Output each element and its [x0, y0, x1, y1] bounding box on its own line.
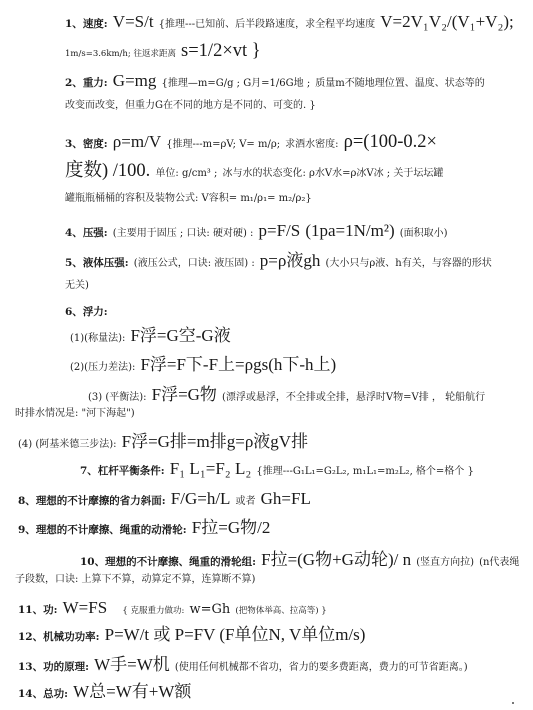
formula: F浮=G排=m排g=ρ液gV排	[122, 432, 308, 451]
item-7-line1: 7、杠杆平衡条件: F₁ L₁=F₂ L₂ {推理---G₁L₁=G₂L₂, m…	[80, 460, 474, 477]
item-title: 速度:	[83, 18, 108, 30]
item-5-line1: 5、液体压强: (液压公式，口诀: 液压固) : p=ρ液gh (大小只与ρ液、…	[65, 252, 492, 269]
formula: F拉=(G物+G动轮)/ n	[261, 550, 411, 569]
note: 质量m不随地理位置、温度、状态等的	[315, 78, 484, 89]
formula: s=1/2×vt }	[181, 41, 261, 61]
note: 求酒水密度:	[285, 139, 338, 150]
note: (n代表绳	[479, 557, 519, 568]
item-number: 8、	[18, 495, 36, 507]
item-number: 1、	[65, 18, 83, 30]
item-5-line2: 无关)	[65, 281, 89, 291]
item-number: 7、	[80, 465, 98, 477]
formula: Gh=FL	[261, 489, 311, 508]
item-title: 功:	[43, 604, 57, 616]
item-12-line1: 12、机械功功率: P=W/t 或 P=FV (F单位N, V单位m/s)	[18, 626, 365, 643]
item-title: 液体压强:	[83, 257, 129, 269]
note: {推理---G₁L₁=G₂L₂, m₁L₁=m₂L₂, 格个=格个 }	[256, 466, 473, 477]
item-title: 总功:	[43, 688, 68, 700]
item-number: 10、	[80, 556, 105, 568]
item-number: 3、	[65, 138, 83, 150]
formula: F浮=F下-F上=ρgs(h下-h上)	[140, 355, 336, 374]
item-title: 密度:	[83, 138, 108, 150]
item-number: 13、	[18, 661, 43, 673]
note: (把物体举高、拉高等) }	[235, 606, 326, 616]
formula: W手=W机	[94, 655, 170, 674]
formula: w=Gh	[190, 602, 231, 617]
note: 1m/s=3.6km/h; 往返求距离	[65, 49, 176, 59]
formula: ρ=(100-0.2×	[344, 132, 437, 152]
note: (面积取小)	[400, 228, 448, 239]
item-title: 重力:	[83, 77, 108, 89]
item-title: 浮力:	[83, 306, 108, 318]
item-title: 理想的不计摩擦的省力斜面:	[36, 495, 166, 507]
item-title: 机械功功率:	[43, 631, 99, 643]
item-14-line1: 14、总功: W总=W有+W额	[18, 683, 191, 700]
item-number: 6、	[65, 306, 83, 318]
item-title: 杠杆平衡条件:	[98, 465, 165, 477]
buoyancy-method-3-line2: 时排水情况是: "河下海起")	[15, 409, 135, 419]
formula: G=mg	[113, 71, 157, 90]
item-number: 4、	[65, 227, 83, 239]
item-2-line2: 改变而改变，但重力G在不同的地方是不同的、可变的. }	[65, 101, 316, 111]
formula: V=S/t	[113, 12, 154, 31]
item-1-line1: 1、速度: V=S/t {推理---已知前、后半段路速度，求全程平均速度 V=2…	[65, 13, 514, 30]
formula: F浮=G空-G液	[130, 326, 230, 345]
formula: p=F/S	[259, 221, 301, 240]
buoyancy-method-4: (4) (阿基米德三步法): F浮=G排=m排g=ρ液gV排	[18, 433, 308, 450]
formula: F₁ L₁=F₂ L₂	[170, 459, 251, 478]
item-6-heading: 6、浮力:	[65, 302, 108, 318]
method-label: (3) (平衡法):	[88, 392, 147, 403]
item-number: 12、	[18, 631, 43, 643]
item-number: 9、	[18, 524, 36, 536]
item-2-line1: 2、重力: G=mg {推理—m=G/g ; G月=1/6G地 ; 质量m不随地…	[65, 72, 485, 89]
item-title: 理想的不计摩擦、绳重的滑轮组:	[105, 556, 256, 568]
item-number: 14、	[18, 688, 43, 700]
item-11-line1: 11、功: W=FS { 克服重力做功: w=Gh (把物体举高、拉高等) }	[18, 599, 327, 616]
note: { 克服重力做功:	[122, 606, 184, 616]
note: (竖直方向拉)	[416, 557, 474, 568]
formula: 度数) /100.	[65, 161, 150, 181]
note: (大小只与ρ液、h有关，与容器的形状	[325, 258, 491, 269]
item-9-line1: 9、理想的不计摩擦、绳重的动滑轮: F拉=G物/2	[18, 519, 270, 536]
item-title: 压强:	[83, 227, 108, 239]
formula: P=W/t 或 P=FV (F单位N, V单位m/s)	[105, 625, 366, 644]
item-number: 5、	[65, 257, 83, 269]
item-title: 功的原理:	[43, 661, 89, 673]
note: (漂浮或悬浮，不全排或全排，悬浮时V物=V排 ， 轮船航行	[222, 392, 485, 403]
formula: F拉=G物/2	[192, 518, 271, 537]
buoyancy-method-1: (1)(称量法): F浮=G空-G液	[70, 327, 231, 344]
formula: F浮=G物	[152, 385, 217, 404]
item-title: 理想的不计摩擦、绳重的动滑轮:	[36, 524, 187, 536]
item-3-line2: 度数) /100. 单位: g/cm³ ; 冰与水的状态变化: ρ水V水=ρ冰V…	[65, 162, 443, 181]
item-3-line3: 罐瓶瓶桶桶的容积及装物公式: V容积= m₁/ρ₁= m₂/ρ₂}	[65, 194, 312, 204]
item-13-line1: 13、功的原理: W手=W机 (使用任何机械都不省功，省力的要多费距离，费力的可…	[18, 656, 468, 673]
item-8-line1: 8、理想的不计摩擦的省力斜面: F/G=h/L 或者 Gh=FL	[18, 490, 311, 507]
item-10-line1: 10、理想的不计摩擦、绳重的滑轮组: F拉=(G物+G动轮)/ n (竖直方向拉…	[80, 551, 519, 568]
method-label: (1)(称量法):	[70, 333, 125, 344]
buoyancy-method-3: (3) (平衡法): F浮=G物 (漂浮或悬浮，不全排或全排，悬浮时V物=V排 …	[88, 386, 485, 403]
note: (液压公式，口诀: 液压固) :	[134, 258, 255, 269]
method-label: (2)(压力差法):	[70, 362, 135, 373]
item-4-line1: 4、压强: (主要用于固压 ; 口诀: 硬对硬) : p=F/S (1pa=1N…	[65, 222, 448, 239]
buoyancy-method-2: (2)(压力差法): F浮=F下-F上=ρgs(h下-h上)	[70, 356, 336, 373]
note: (使用任何机械都不省功，省力的要多费距离，费力的可节省距离。)	[175, 662, 468, 673]
note: {推理—m=G/g ; G月=1/6G地 ;	[161, 78, 310, 89]
item-3-line1: 3、密度: ρ=m/V {推理---m=ρV; V= m/ρ; 求酒水密度: ρ…	[65, 133, 437, 152]
note: (主要用于固压 ; 口诀: 硬对硬) :	[113, 228, 254, 239]
item-10-line2: 子段数，口诀: 上算下不算，动算定不算，连算断不算)	[15, 575, 255, 585]
note: 或者	[236, 496, 256, 507]
note: {推理---m=ρV; V= m/ρ;	[166, 139, 280, 150]
formula: W总=W有+W额	[73, 682, 191, 701]
note: 冰与水的状态变化: ρ水V水=ρ冰V冰 ; 关于坛坛罐	[222, 168, 443, 179]
item-1-line2: 1m/s=3.6km/h; 往返求距离 s=1/2×vt }	[65, 42, 261, 61]
formula: p=ρ液gh	[260, 251, 321, 270]
item-number: 2、	[65, 77, 83, 89]
page-speck	[512, 702, 514, 704]
formula: (1pa=1N/m²)	[305, 221, 394, 240]
formula: ρ=m/V	[113, 132, 161, 151]
formula: F/G=h/L	[171, 489, 231, 508]
formula: V=2V₁V₂/(V₁+V₂);	[380, 12, 514, 31]
item-number: 11、	[18, 604, 43, 616]
unit: 单位: g/cm³ ;	[155, 168, 217, 179]
method-label: (4) (阿基米德三步法):	[18, 439, 117, 450]
formula: W=FS	[63, 598, 108, 617]
note: {推理---已知前、后半段路速度，求全程平均速度	[159, 19, 376, 30]
